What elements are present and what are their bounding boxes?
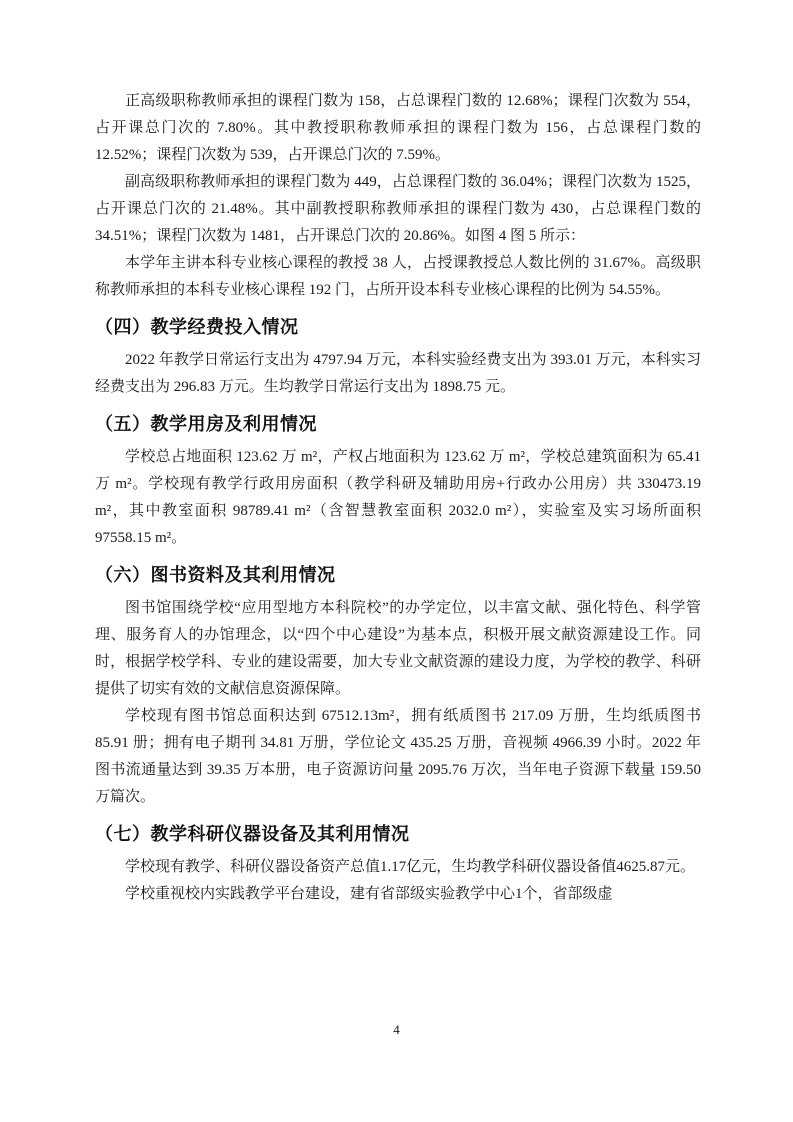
paragraph-library-statistics: 学校现有图书馆总面积达到 67512.13m²，拥有纸质图书 217.09 万册… xyxy=(95,703,701,811)
paragraph-equipment-value: 学校现有教学、科研仪器设备资产总值1.17亿元，生均教学科研仪器设备值4625.… xyxy=(95,854,701,881)
paragraph-professor-core-courses: 本学年主讲本科专业核心课程的教授 38 人，占授课教授总人数比例的 31.67%… xyxy=(95,250,701,304)
section-heading-library-resources: （六）图书资料及其利用情况 xyxy=(95,563,701,588)
paragraph-campus-area: 学校总占地面积 123.62 万 m²，产权占地面积为 123.62 万 m²，… xyxy=(95,444,701,552)
section-heading-teaching-funding: （四）教学经费投入情况 xyxy=(95,315,701,340)
page-content: 正高级职称教师承担的课程门数为 158，占总课程门数的 12.68%；课程门次数… xyxy=(95,88,701,908)
paragraph-senior-title-courses: 正高级职称教师承担的课程门数为 158，占总课程门数的 12.68%；课程门次数… xyxy=(95,88,701,169)
page-number: 4 xyxy=(0,1022,793,1038)
section-heading-teaching-housing: （五）教学用房及利用情况 xyxy=(95,412,701,437)
paragraph-practice-platform: 学校重视校内实践教学平台建设，建有省部级实验教学中心1个，省部级虚 xyxy=(95,881,701,908)
document-page: 正高级职称教师承担的课程门数为 158，占总课程门数的 12.68%；课程门次数… xyxy=(0,0,793,1122)
section-heading-research-equipment: （七）教学科研仪器设备及其利用情况 xyxy=(95,822,701,847)
paragraph-library-philosophy: 图书馆围绕学校“应用型地方本科院校”的办学定位，以丰富文献、强化特色、科学管理、… xyxy=(95,595,701,703)
paragraph-vice-senior-courses: 副高级职称教师承担的课程门数为 449，占总课程门数的 36.04%；课程门次数… xyxy=(95,169,701,250)
paragraph-teaching-funding: 2022 年教学日常运行支出为 4797.94 万元，本科实验经费支出为 393… xyxy=(95,347,701,401)
